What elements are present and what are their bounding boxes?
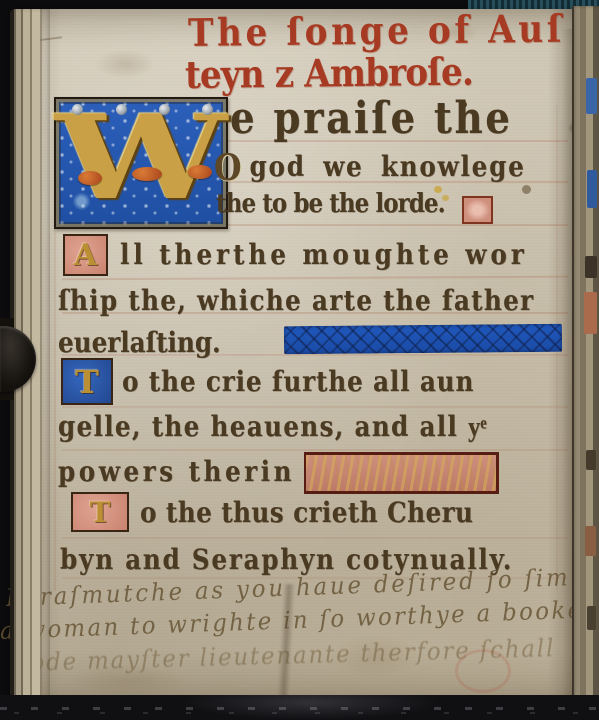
ruling-line (62, 449, 568, 451)
red-knot (132, 167, 162, 181)
versal-initial-A: A (63, 234, 108, 276)
line-filler-pink-square (462, 196, 493, 224)
edge-colour-dark (585, 256, 597, 278)
hymn-line-10: o the thus crieth Cheru (140, 497, 473, 529)
versal-letter: T (75, 363, 99, 401)
edge-colour-dark (587, 606, 596, 630)
hymn-line-3: the to be the lorde. (216, 190, 445, 220)
ruling-line (62, 276, 568, 281)
hymn-line-8: gelle, the heauens, and all yͤ (58, 411, 488, 443)
rubric-title-line-2: teyn z Ambroſe. (185, 53, 473, 94)
hymn-line-2-text: god we knowlege (250, 150, 526, 183)
edge-colour-blue (586, 78, 597, 114)
line-filler-pink-gold-bar (304, 452, 499, 494)
versal-letter: T (90, 496, 111, 529)
edge-colour-blue (587, 170, 597, 208)
rubric-title-line-1: The ſonge of Auſ (188, 10, 565, 52)
hymn-line-4: ll therthe moughte wor (120, 239, 528, 271)
hymn-line-2: Ogod we knowlege (214, 148, 526, 189)
inline-initial-O: O (214, 147, 243, 189)
illuminated-letter-W: W (55, 100, 227, 216)
parchment-stain (95, 49, 155, 79)
illuminated-initial-panel: W (54, 97, 228, 229)
manuscript-page: The ſonge of Auſ teyn z Ambroſe. W e pra… (10, 9, 582, 706)
backdrop-bottom (0, 695, 599, 720)
red-knot (188, 165, 212, 179)
edge-colour-red (585, 526, 596, 556)
edge-colour-red (584, 292, 597, 334)
hymn-line-6: euerlaſting. (58, 327, 221, 359)
page-edges-right (572, 6, 599, 698)
ruling-line (62, 406, 568, 408)
dust-speckles (14, 712, 599, 714)
hymn-line-7: o the crie furthe all aun (122, 366, 474, 398)
hymn-line-5: ſhip the, whiche arte the father (58, 285, 534, 317)
red-knot (78, 171, 102, 185)
manuscript-photo: The ſonge of Auſ teyn z Ambroſe. W e pra… (0, 0, 599, 720)
hymn-line-9: powers therin (58, 456, 295, 488)
hymn-line-1: e praiſe the (230, 94, 513, 145)
finial-dot (72, 104, 83, 115)
finial-dot (116, 104, 127, 115)
versal-initial-T-pink: T (71, 492, 129, 532)
edge-colour-dark (586, 450, 596, 470)
finial-dot (202, 104, 213, 115)
ruling-line (62, 537, 568, 539)
finial-dot (159, 104, 170, 115)
versal-letter: A (74, 238, 97, 273)
line-filler-blue-bar (284, 324, 562, 354)
versal-initial-T-blue: T (61, 358, 113, 405)
dust-speckles (0, 707, 599, 710)
